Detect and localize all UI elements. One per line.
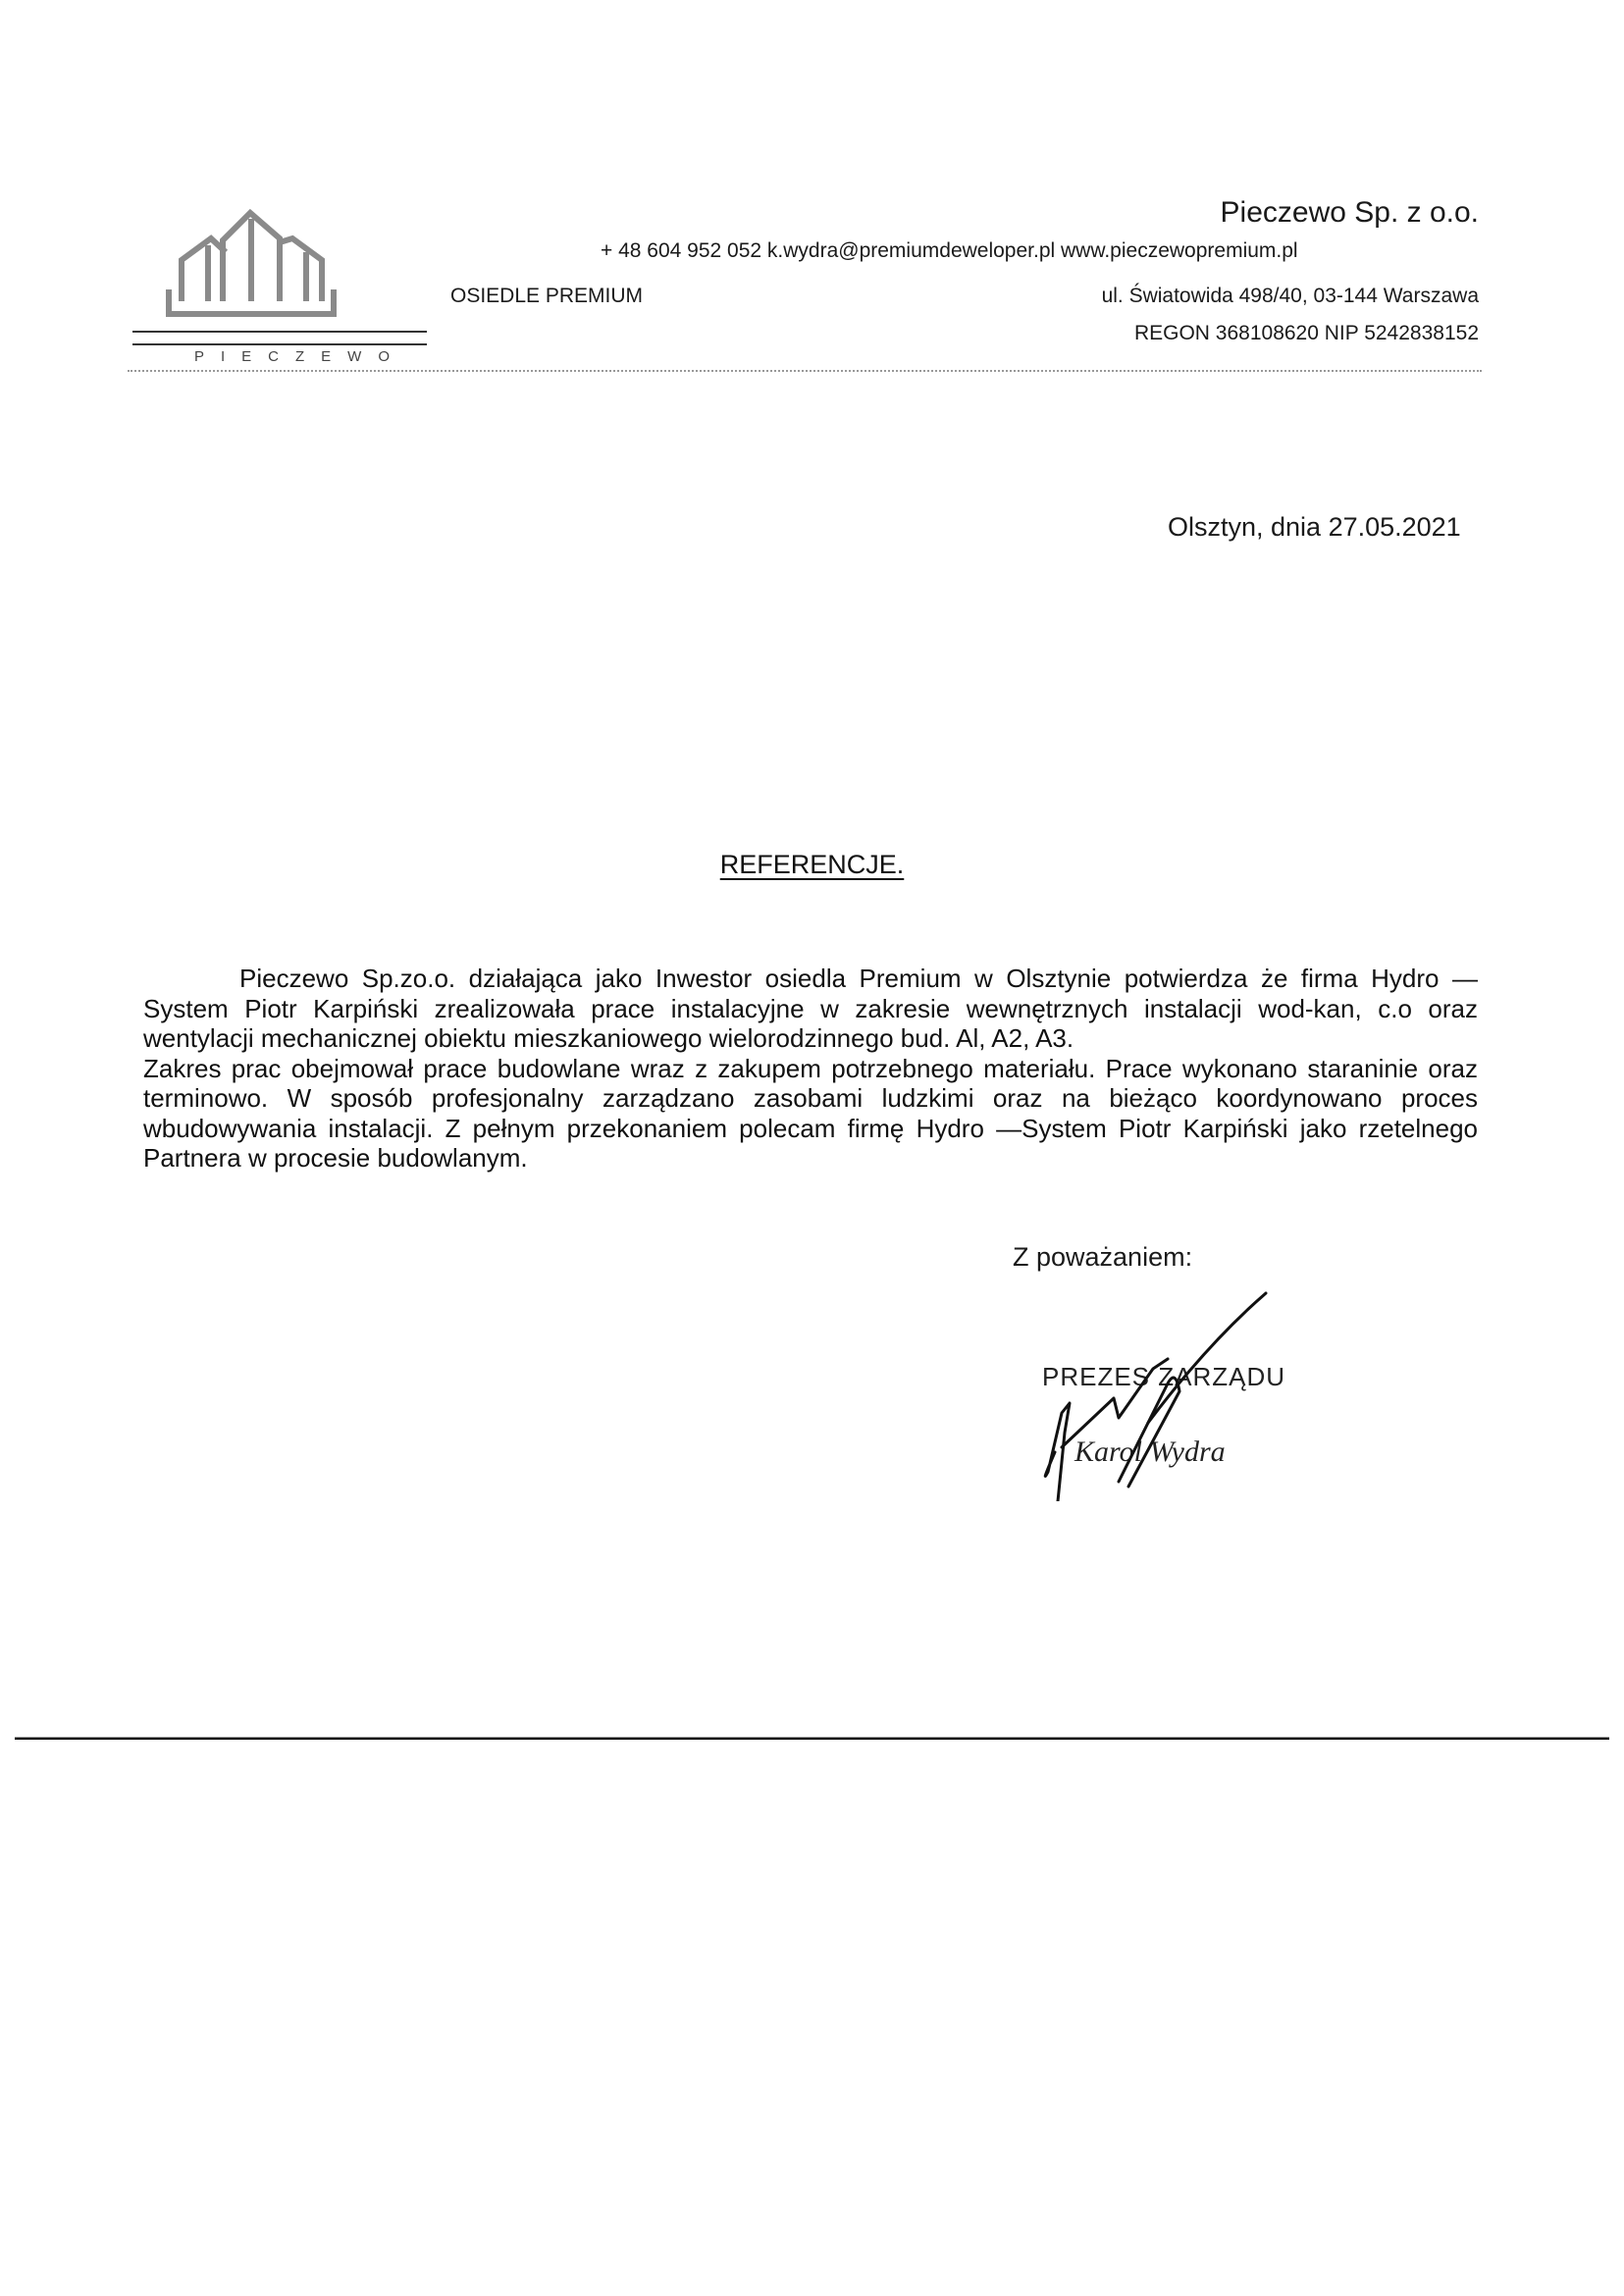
contact-line: + 48 604 952 052 k.wydra@premiumdewelope… <box>601 239 1298 263</box>
header-divider <box>128 370 1482 372</box>
place-and-date: Olsztyn, dnia 27.05.2021 <box>1168 512 1461 543</box>
logo-wordmark: PIECZEWO <box>194 348 406 365</box>
footer-divider <box>15 1738 1609 1740</box>
company-name: Pieczewo Sp. z o.o. <box>1221 196 1479 230</box>
registry-numbers: REGON 368108620 NIP 5242838152 <box>1134 322 1479 345</box>
letter-body: Pieczewo Sp.zo.o. działająca jako Inwest… <box>143 964 1478 1174</box>
company-logo: PIECZEWO <box>128 191 432 368</box>
company-address: ul. Światowida 498/40, 03-144 Warszawa <box>1102 285 1479 308</box>
document-title: REFERENCJE. <box>0 850 1624 880</box>
body-paragraph: Pieczewo Sp.zo.o. działająca jako Inwest… <box>143 964 1478 1054</box>
estate-name: OSIEDLE PREMIUM <box>450 285 643 308</box>
buildings-logo-icon <box>128 191 432 368</box>
signature <box>1021 1276 1335 1501</box>
closing-salutation: Z poważaniem: <box>1013 1242 1192 1273</box>
body-paragraph: Zakres prac obejmował prace budowlane wr… <box>143 1054 1478 1174</box>
handwritten-signature-icon <box>1021 1276 1335 1501</box>
